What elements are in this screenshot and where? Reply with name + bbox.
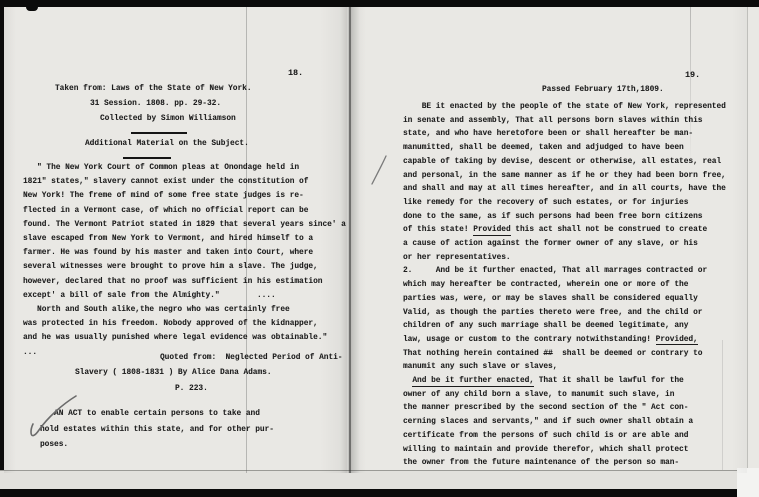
scanned-document-spread: 18. Taken from: Laws of the State of New… bbox=[0, 0, 759, 497]
slash-annotation bbox=[0, 0, 759, 497]
